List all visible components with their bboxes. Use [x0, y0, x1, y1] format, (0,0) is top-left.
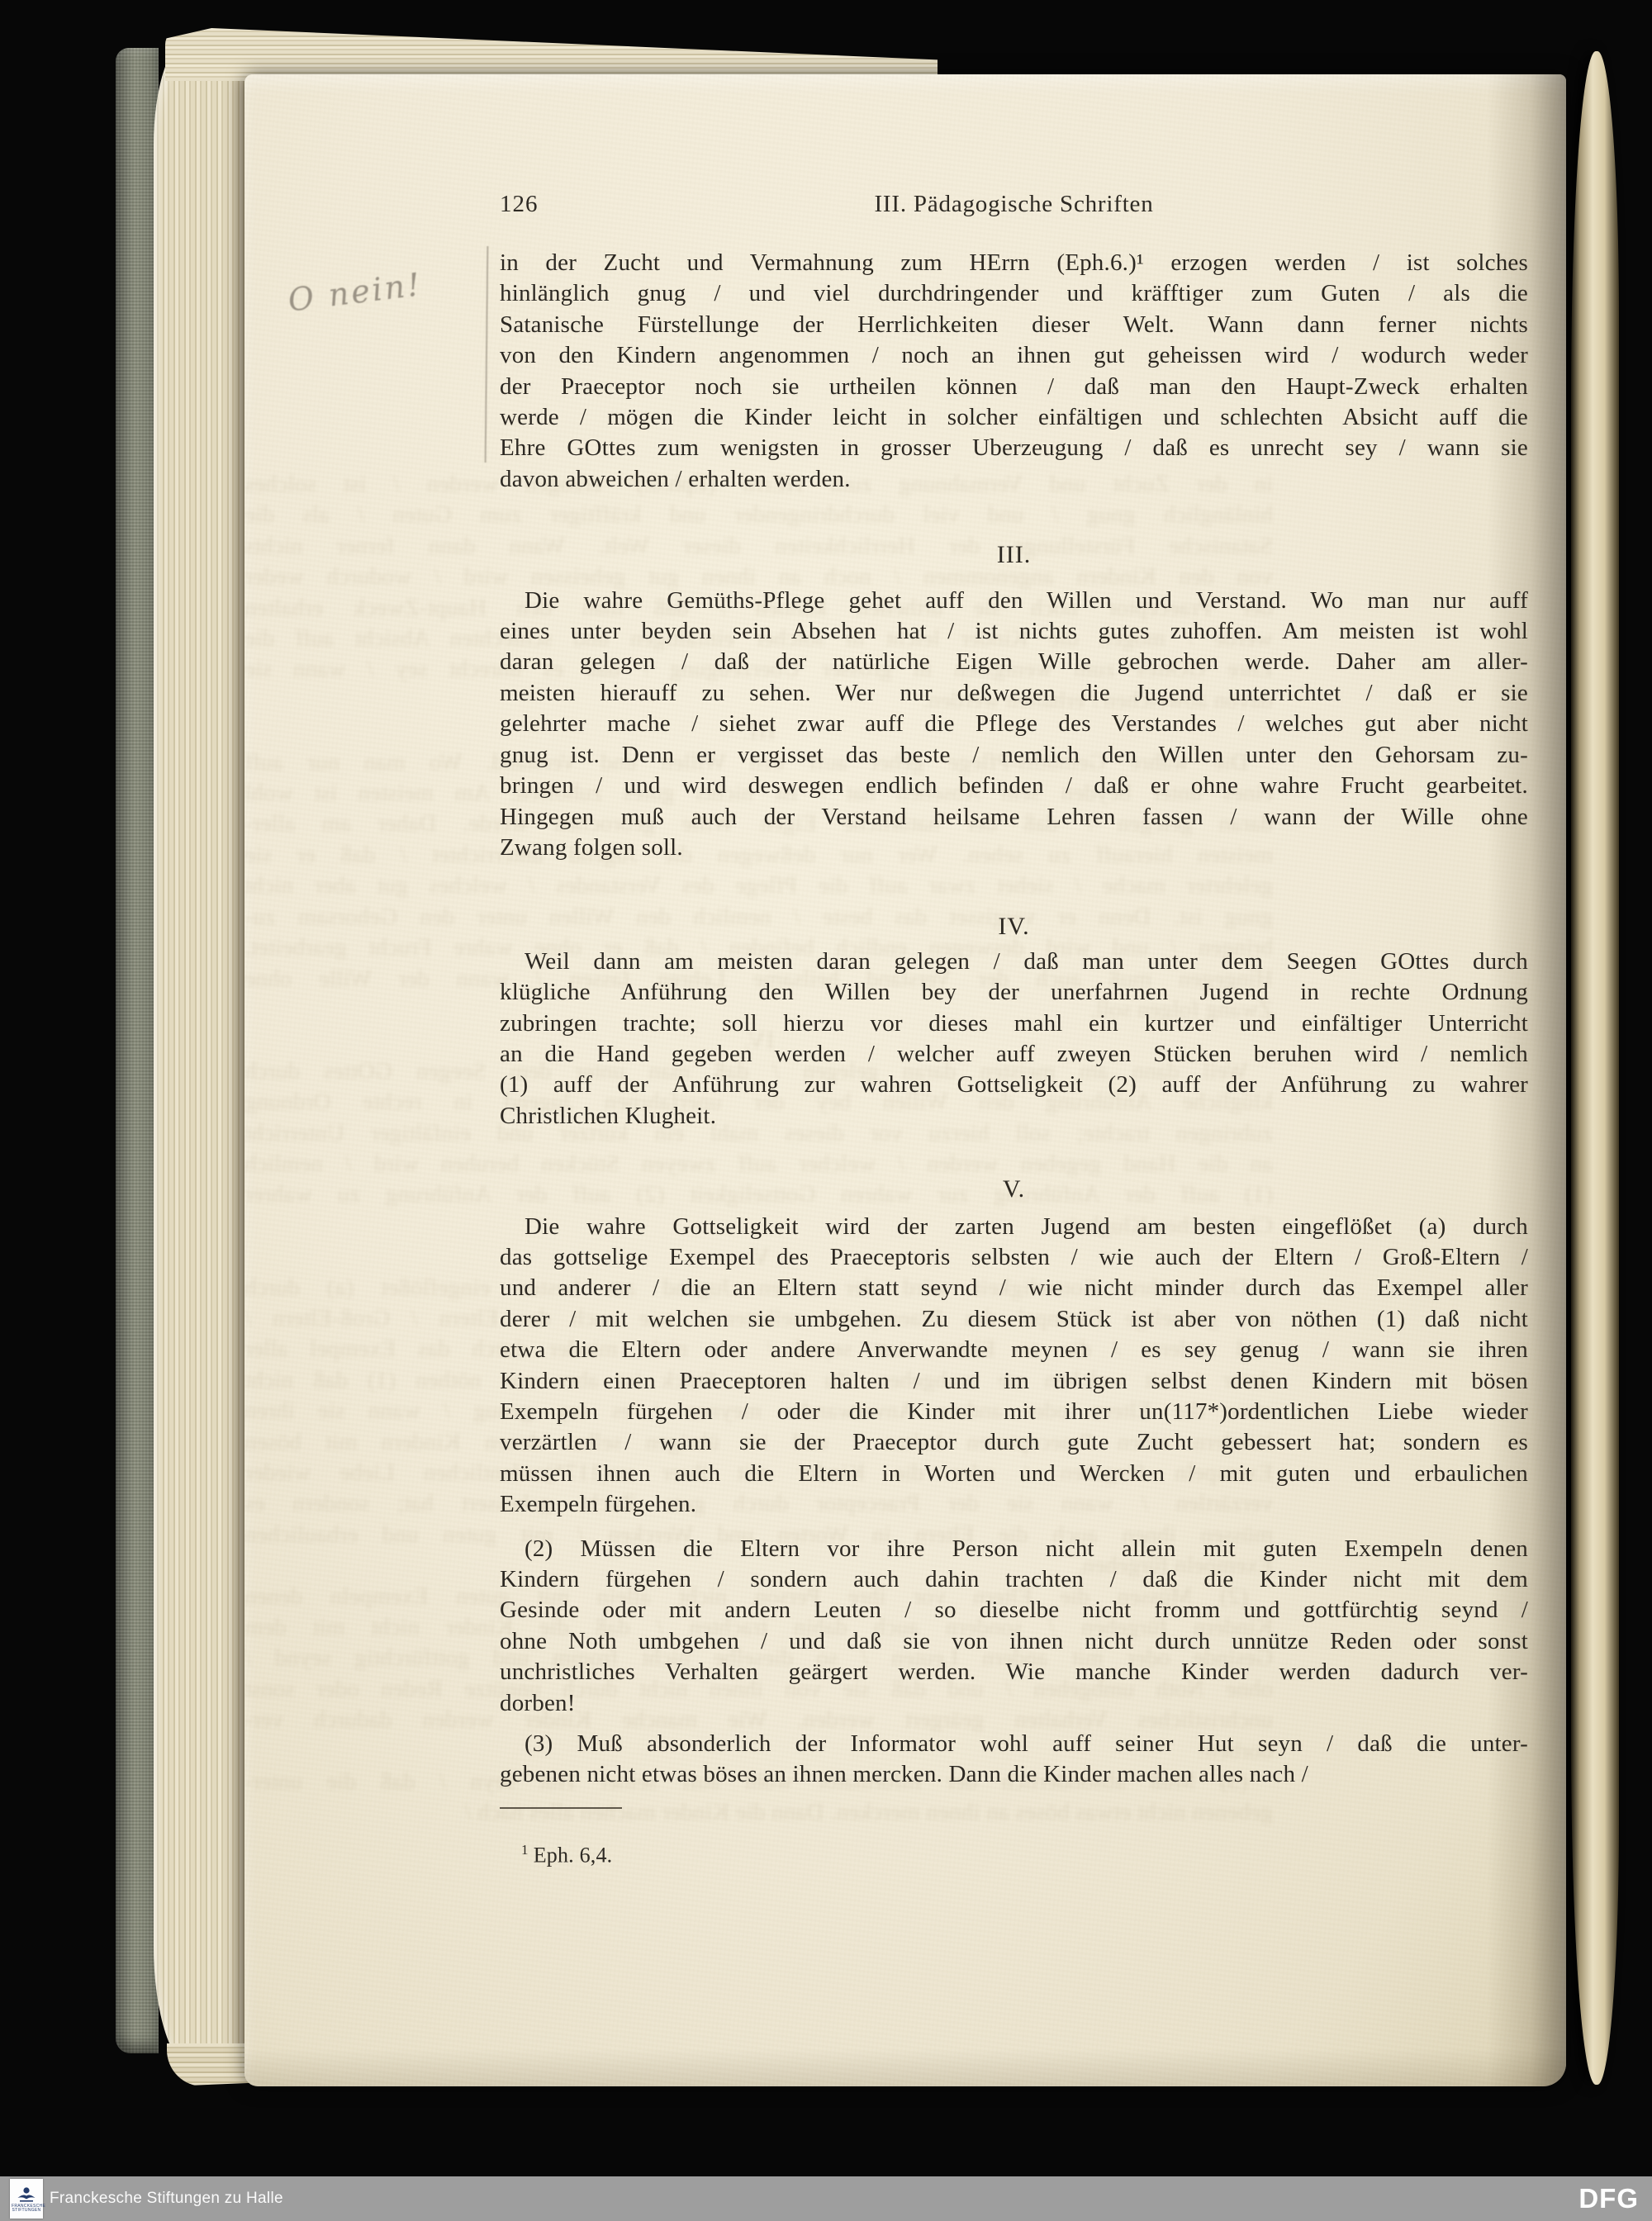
text-line: derer / mit welchen sie umbgehen. Zu die… — [500, 1304, 1528, 1335]
text-line: verzärtlen / wann sie der Praeceptor dur… — [500, 1427, 1528, 1458]
running-header: III. Pädagogische Schriften — [500, 191, 1528, 218]
text-line: Exempeln fürgehen. — [500, 1489, 1528, 1520]
text-line: gebenen nicht etwas böses an ihnen merck… — [500, 1759, 1528, 1790]
text-line: klügliche Anführung den Willen bey der u… — [500, 977, 1528, 1008]
paragraph: Die wahre Gemüths-Pflege gehet auff den … — [500, 586, 1528, 864]
text-line: etwa die Eltern oder andere Anverwandte … — [500, 1335, 1528, 1365]
text-line: ohne Noth umbgehen / und daß sie von ihn… — [500, 1626, 1528, 1657]
text-line: Weil dann am meisten daran gelegen / daß… — [500, 947, 1528, 977]
page-text-block: in der Zucht und Vermahnung zum HErrn (E… — [500, 248, 1528, 1791]
footnote-text: Eph. 6,4. — [534, 1844, 613, 1867]
text-line: an die Hand gegeben werden / welcher auf… — [500, 1039, 1528, 1070]
text-line: daran gelegen / daß der natürliche Eigen… — [500, 647, 1528, 677]
text-line: (3) Muß absonderlich der Informator wohl… — [500, 1729, 1528, 1759]
text-line: Die wahre Gottseligkeit wird der zarten … — [500, 1212, 1528, 1242]
text-line: (1) auff der Anführung zur wahren Gottse… — [500, 1070, 1528, 1100]
viewer-footer-bar: FRANCKESCHE STIFTUNGEN Franckesche Stift… — [0, 2176, 1652, 2221]
paragraph: (3) Muß absonderlich der Informator wohl… — [500, 1729, 1528, 1791]
text-line: Kindern einen Praeceptoren halten / und … — [500, 1366, 1528, 1397]
margin-annotation-handwritten: O nein! — [286, 256, 503, 318]
section-heading: V. — [500, 1174, 1528, 1204]
text-line: Zwang folgen soll. — [500, 833, 1528, 863]
facing-page-edge — [1571, 51, 1619, 2085]
text-line: Exempeln fürgehen / oder die Kinder mit … — [500, 1397, 1528, 1427]
text-line: dorben! — [500, 1688, 1528, 1719]
text-line: Kindern fürgehen / sondern auch dahin tr… — [500, 1564, 1528, 1595]
text-line: Satanische Fürstellunge der Herrlichkeit… — [500, 310, 1528, 340]
book-cover-edge — [116, 48, 159, 2053]
footnote: 1Eph. 6,4. — [500, 1842, 612, 1868]
page-stack-left-edge — [154, 38, 246, 2070]
text-line: müssen ihnen auch die Eltern in Worten u… — [500, 1459, 1528, 1489]
paragraph: Die wahre Gottseligkeit wird der zarten … — [500, 1212, 1528, 1521]
page-header: 126 III. Pädagogische Schriften — [500, 191, 1528, 222]
logo-caption: FRANCKESCHE STIFTUNGEN — [12, 2204, 41, 2213]
text-line: eines unter beyden sein Absehen hat / is… — [500, 616, 1528, 647]
text-line: zubringen trachte; soll hierzu vor diese… — [500, 1008, 1528, 1039]
text-line: werde / mögen die Kinder leicht in solch… — [500, 402, 1528, 433]
text-line: Die wahre Gemüths-Pflege gehet auff den … — [500, 586, 1528, 616]
text-line: hinlänglich gnug / und viel durchdringen… — [500, 278, 1528, 309]
text-line: gebenen nicht etwas böses an ihnen merck… — [244, 1797, 1273, 1828]
footnote-rule — [500, 1807, 622, 1809]
text-line: der Praeceptor noch sie urtheilen können… — [500, 372, 1528, 402]
text-line: meisten hierauff zu sehen. Wer nur deßwe… — [500, 678, 1528, 709]
text-line: Ehre GOttes zum wenigsten in grosser Ube… — [500, 433, 1528, 463]
page-number: 126 — [500, 191, 539, 218]
paragraph: (2) Müssen die Eltern vor ihre Person ni… — [500, 1534, 1528, 1719]
digitized-book-scan: in der Zucht und Vermahnung zum HErrn (E… — [0, 0, 1652, 2221]
text-line: gelehrter mache / siehet zwar auff die P… — [500, 709, 1528, 739]
footnote-marker: 1 — [521, 1842, 529, 1858]
institution-label: Franckesche Stiftungen zu Halle — [50, 2190, 283, 2208]
paragraph: Weil dann am meisten daran gelegen / daß… — [500, 947, 1528, 1132]
text-line: in der Zucht und Vermahnung zum HErrn (E… — [500, 248, 1528, 278]
paragraph: in der Zucht und Vermahnung zum HErrn (E… — [500, 248, 1528, 495]
text-line: von den Kindern angenommen / noch an ihn… — [500, 340, 1528, 371]
franckesche-stiftungen-logo: FRANCKESCHE STIFTUNGEN — [10, 2179, 43, 2219]
book-page: in der Zucht und Vermahnung zum HErrn (E… — [244, 74, 1566, 2086]
text-line: gnug ist. Denn er vergisset das beste / … — [500, 740, 1528, 771]
text-line: (2) Müssen die Eltern vor ihre Person ni… — [500, 1534, 1528, 1564]
text-line: Christlichen Klugheit. — [500, 1101, 1528, 1132]
text-line: unchristliches Verhalten geärgert werden… — [500, 1657, 1528, 1687]
section-heading: IV. — [500, 911, 1528, 942]
dfg-logo: DFG — [1578, 2183, 1639, 2214]
text-line: Hingegen muß auch der Verstand heilsame … — [500, 802, 1528, 833]
text-line: davon abweichen / erhalten werden. — [500, 464, 1528, 495]
text-line: und anderer / die an Eltern statt seynd … — [500, 1273, 1528, 1303]
eagle-sun-emblem-icon — [17, 2185, 36, 2204]
text-line: Gesinde oder mit andern Leuten / so dies… — [500, 1595, 1528, 1625]
page-stack-top-edge — [165, 28, 938, 81]
text-line: das gottselige Exempel des Praeceptoris … — [500, 1242, 1528, 1273]
text-line: bringen / und wird deswegen endlich befi… — [500, 771, 1528, 801]
section-heading: III. — [500, 539, 1528, 570]
